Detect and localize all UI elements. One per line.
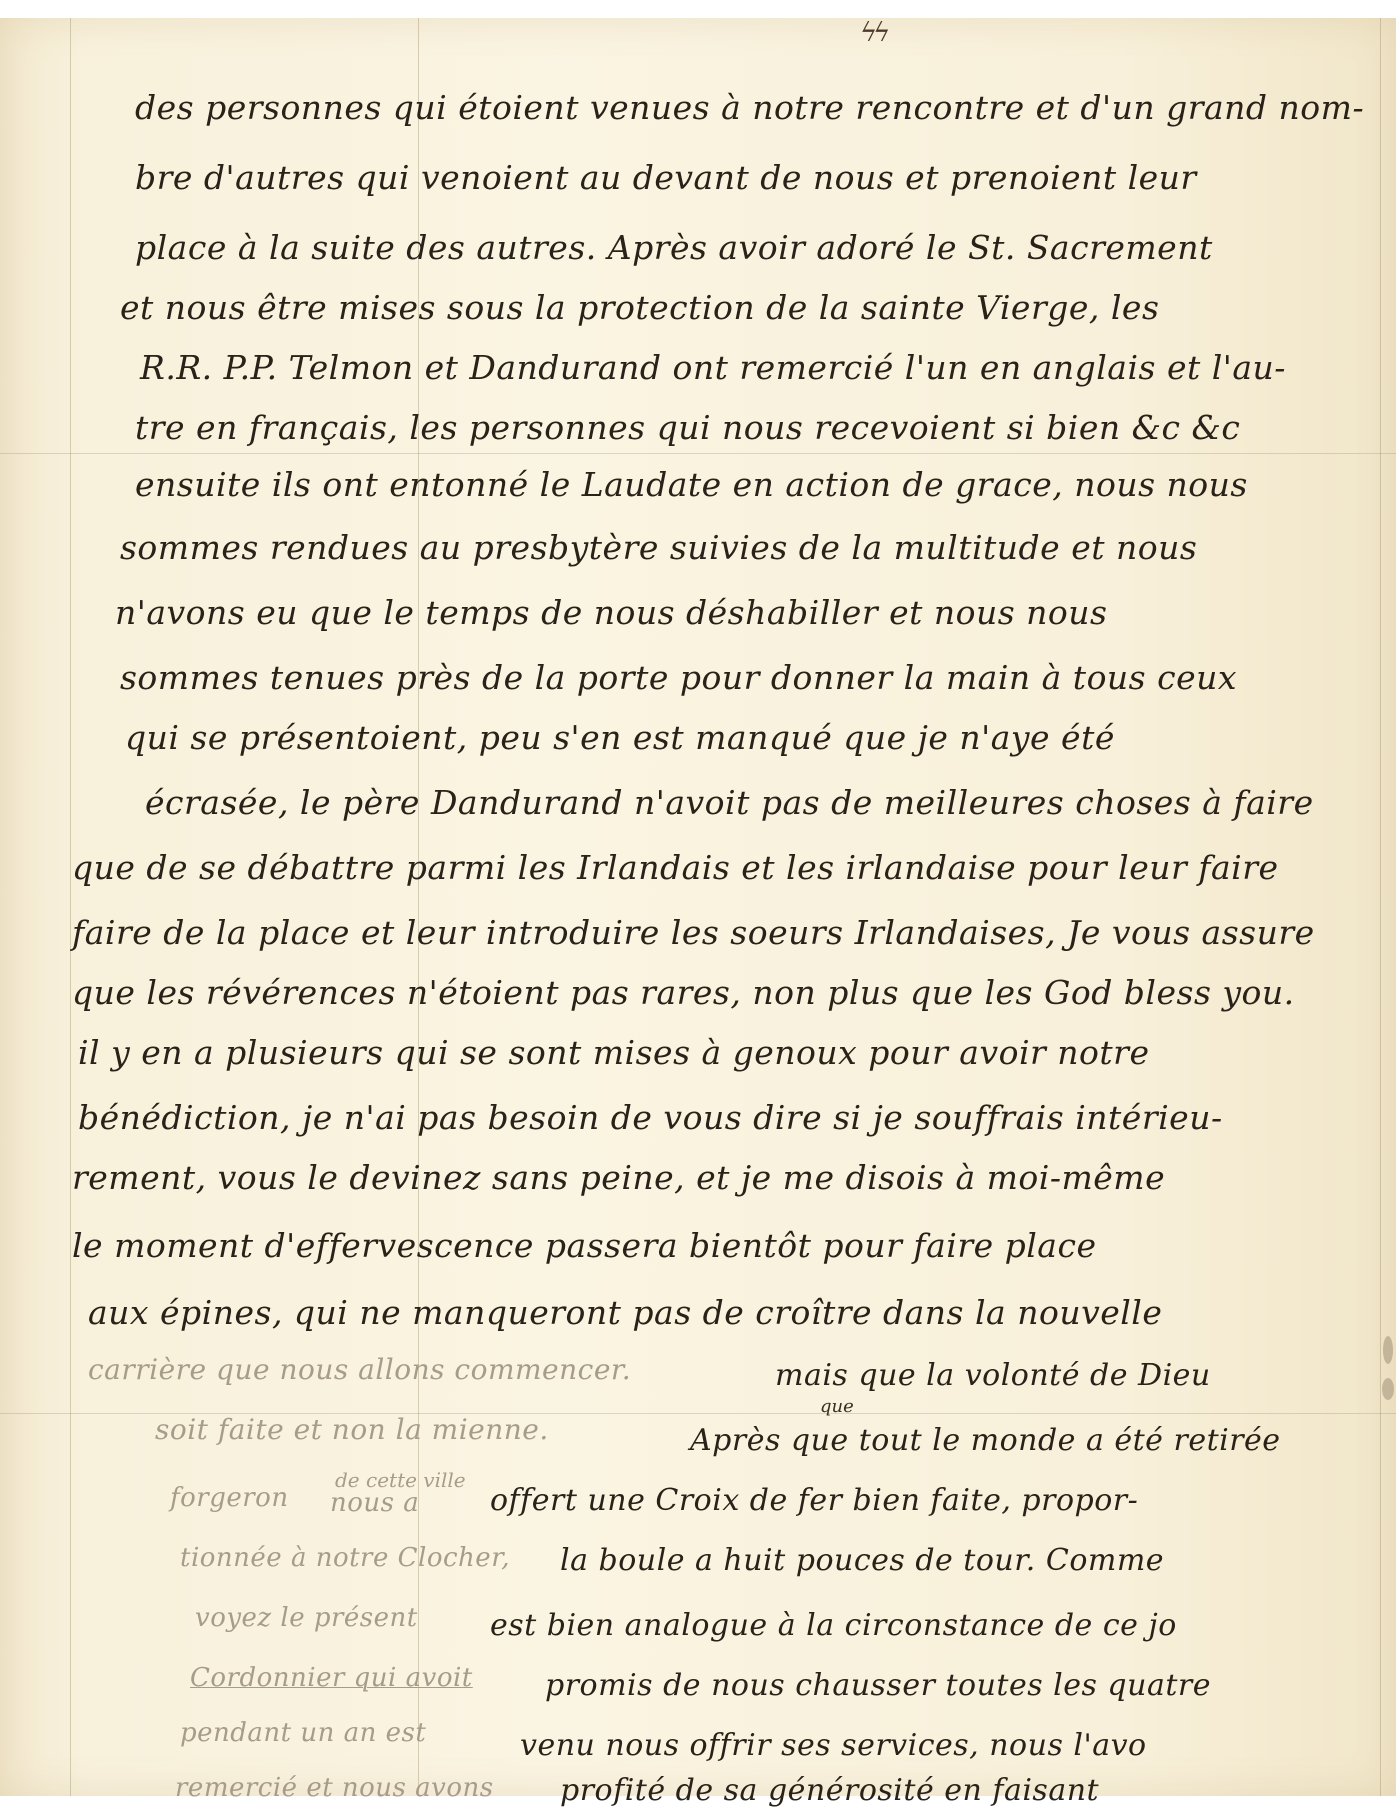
faded-text-line: remercié et nous avons <box>175 1773 494 1803</box>
text-line: sommes rendues au presbytère suivies de … <box>120 528 1197 567</box>
text-line: R.R. P.P. Telmon et Dandurand ont remerc… <box>140 348 1286 387</box>
text-line: écrasée, le père Dandurand n'avoit pas d… <box>145 783 1314 822</box>
text-line: tre en français, les personnes qui nous … <box>135 408 1240 447</box>
text-line: rement, vous le devinez sans peine, et j… <box>72 1158 1165 1197</box>
text-line: il y en a plusieurs qui se sont mises à … <box>78 1033 1149 1072</box>
text-line: Après que tout le monde a été retirée <box>690 1423 1281 1458</box>
faded-text-line: pendant un an est <box>180 1718 426 1748</box>
paper-fold-line <box>1380 18 1381 1796</box>
text-line: profité de sa générosité en faisant <box>560 1773 1099 1808</box>
text-line: offert une Croix de fer bien faite, prop… <box>490 1483 1138 1518</box>
faded-text-line: soit faite et non la mienne. <box>155 1413 549 1446</box>
text-line: que de se débattre parmi les Irlandais e… <box>72 848 1279 887</box>
faded-text-line: carrière que nous allons commencer. <box>88 1353 631 1386</box>
text-line: est bien analogue à la circonstance de c… <box>490 1608 1177 1643</box>
faded-text-line: tionnée à notre Clocher, <box>180 1543 510 1573</box>
ink-stain <box>1382 1378 1394 1400</box>
text-line: la boule a huit pouces de tour. Comme <box>560 1543 1164 1578</box>
top-ink-mark: ϟϟ <box>860 18 886 48</box>
faded-text-line: forgeron <box>170 1483 289 1513</box>
paper-fold-line <box>0 453 1396 454</box>
text-line: venu nous offrir ses services, nous l'av… <box>520 1728 1147 1763</box>
paper-fold-line <box>418 18 419 1796</box>
text-line: qui se présentoient, peu s'en est manqué… <box>125 718 1115 757</box>
text-line: faire de la place et leur introduire les… <box>72 913 1315 952</box>
faded-text-line: voyez le présent <box>195 1603 418 1633</box>
text-line: le moment d'effervescence passera bientô… <box>72 1226 1096 1265</box>
text-line: des personnes qui étoient venues à notre… <box>135 88 1364 127</box>
text-line: mais que la volonté de Dieu <box>775 1358 1211 1393</box>
text-line: sommes tenues près de la porte pour donn… <box>120 658 1237 697</box>
text-line: promis de nous chausser toutes les quatr… <box>545 1668 1211 1703</box>
ink-stain <box>1383 1336 1393 1364</box>
text-line: ensuite ils ont entonné le Laudate en ac… <box>135 465 1248 504</box>
faded-text-line: nous a <box>330 1488 419 1518</box>
text-line: place à la suite des autres. Après avoir… <box>135 228 1213 267</box>
manuscript-page: ϟϟ des personnes qui étoient venues à no… <box>0 18 1396 1796</box>
text-line: bénédiction, je n'ai pas besoin de vous … <box>78 1098 1223 1137</box>
paper-fold-line <box>70 18 71 1796</box>
insertion-text: que <box>820 1396 854 1417</box>
text-line: n'avons eu que le temps de nous déshabil… <box>115 593 1108 632</box>
faded-text-line: Cordonnier qui avoit <box>190 1663 473 1693</box>
text-line: et nous être mises sous la protection de… <box>120 288 1159 327</box>
text-line: que les révérences n'étoient pas rares, … <box>72 973 1295 1012</box>
text-line: aux épines, qui ne manqueront pas de cro… <box>88 1293 1162 1332</box>
text-line: bre d'autres qui venoient au devant de n… <box>135 158 1197 197</box>
